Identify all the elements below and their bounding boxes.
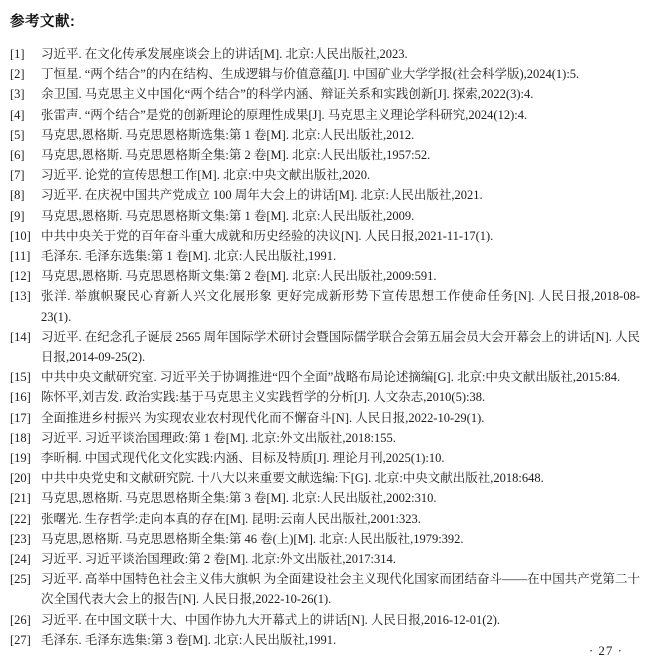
reference-number: [15]	[10, 367, 41, 387]
reference-text: 马克思,恩格斯. 马克思恩格斯选集:第 1 卷[M]. 北京:人民出版社,201…	[41, 125, 640, 145]
reference-text: 马克思,恩格斯. 马克思恩格斯文集:第 1 卷[M]. 北京:人民出版社,200…	[41, 206, 640, 226]
reference-text: 习近平. 论党的宣传思想工作[M]. 北京:中央文献出版社,2020.	[41, 165, 640, 185]
reference-number: [22]	[10, 509, 41, 529]
reference-number: [14]	[10, 327, 41, 347]
reference-text: 习近平. 习近平谈治国理政:第 2 卷[M]. 北京:外文出版社,2017:31…	[41, 549, 640, 569]
reference-item: [26] 习近平. 在中国文联十大、中国作协九大开幕式上的讲话[N]. 人民日报…	[10, 610, 640, 630]
reference-text: 丁恒星. “两个结合”的内在结构、生成逻辑与价值意蕴[J]. 中国矿业大学学报(…	[41, 64, 640, 84]
reference-list: [1] 习近平. 在文化传承发展座谈会上的讲话[M]. 北京:人民出版社,202…	[10, 44, 640, 650]
reference-text: 习近平. 习近平谈治国理政:第 1 卷[M]. 北京:外文出版社,2018:15…	[41, 428, 640, 448]
reference-item: [22] 张曙光. 生存哲学:走向本真的存在[M]. 昆明:云南人民出版社,20…	[10, 509, 640, 529]
reference-item: [6] 马克思,恩格斯. 马克思恩格斯全集:第 2 卷[M]. 北京:人民出版社…	[10, 145, 640, 165]
reference-text: 中共中央文献研究室. 习近平关于协调推进“四个全面”战略布局论述摘编[G]. 北…	[41, 367, 640, 387]
reference-number: [17]	[10, 408, 41, 428]
reference-item: [7] 习近平. 论党的宣传思想工作[M]. 北京:中央文献出版社,2020.	[10, 165, 640, 185]
reference-number: [26]	[10, 610, 41, 630]
reference-item: [24] 习近平. 习近平谈治国理政:第 2 卷[M]. 北京:外文出版社,20…	[10, 549, 640, 569]
reference-number: [4]	[10, 105, 41, 125]
reference-text: 中共中央关于党的百年奋斗重大成就和历史经验的决议[N]. 人民日报,2021-1…	[41, 226, 640, 246]
reference-item: [25] 习近平. 高举中国特色社会主义伟大旗帜 为全面建设社会主义现代化国家而…	[10, 569, 640, 609]
reference-number: [13]	[10, 286, 41, 306]
reference-item: [17] 全面推进乡村振兴 为实现农业农村现代化而不懈奋斗[N]. 人民日报,2…	[10, 408, 640, 428]
reference-item: [9] 马克思,恩格斯. 马克思恩格斯文集:第 1 卷[M]. 北京:人民出版社…	[10, 206, 640, 226]
reference-item: [15] 中共中央文献研究室. 习近平关于协调推进“四个全面”战略布局论述摘编[…	[10, 367, 640, 387]
reference-number: [27]	[10, 630, 41, 650]
reference-number: [25]	[10, 569, 41, 589]
reference-text: 张雷声. “两个结合”是党的创新理论的原理性成果[J]. 马克思主义理论学科研究…	[41, 105, 640, 125]
reference-item: [20] 中共中央党史和文献研究院. 十八大以来重要文献选编:下[G]. 北京:…	[10, 468, 640, 488]
reference-number: [20]	[10, 468, 41, 488]
reference-text: 马克思,恩格斯. 马克思恩格斯文集:第 2 卷[M]. 北京:人民出版社,200…	[41, 266, 640, 286]
reference-text: 习近平. 在中国文联十大、中国作协九大开幕式上的讲话[N]. 人民日报,2016…	[41, 610, 640, 630]
reference-text: 习近平. 在庆祝中国共产党成立 100 周年大会上的讲话[M]. 北京:人民出版…	[41, 185, 640, 205]
reference-number: [3]	[10, 84, 41, 104]
reference-text: 习近平. 在文化传承发展座谈会上的讲话[M]. 北京:人民出版社,2023.	[41, 44, 640, 64]
reference-text: 中共中央党史和文献研究院. 十八大以来重要文献选编:下[G]. 北京:中央文献出…	[41, 468, 640, 488]
reference-item: [21] 马克思,恩格斯. 马克思恩格斯全集:第 3 卷[M]. 北京:人民出版…	[10, 488, 640, 508]
reference-text: 张洋. 举旗帜聚民心育新人兴文化展形象 更好完成新形势下宣传思想工作使命任务[N…	[41, 286, 640, 326]
reference-number: [5]	[10, 125, 41, 145]
reference-item: [1] 习近平. 在文化传承发展座谈会上的讲话[M]. 北京:人民出版社,202…	[10, 44, 640, 64]
reference-item: [4] 张雷声. “两个结合”是党的创新理论的原理性成果[J]. 马克思主义理论…	[10, 105, 640, 125]
reference-number: [12]	[10, 266, 41, 286]
reference-text: 全面推进乡村振兴 为实现农业农村现代化而不懈奋斗[N]. 人民日报,2022-1…	[41, 408, 640, 428]
reference-item: [19] 李昕桐. 中国式现代化文化实践:内涵、目标及特质[J]. 理论月刊,2…	[10, 448, 640, 468]
reference-item: [11] 毛泽东. 毛泽东选集:第 1 卷[M]. 北京:人民出版社,1991.	[10, 246, 640, 266]
reference-item: [13] 张洋. 举旗帜聚民心育新人兴文化展形象 更好完成新形势下宣传思想工作使…	[10, 286, 640, 326]
reference-number: [21]	[10, 488, 41, 508]
reference-text: 马克思,恩格斯. 马克思恩格斯全集:第 46 卷(上)[M]. 北京:人民出版社…	[41, 529, 640, 549]
reference-item: [2] 丁恒星. “两个结合”的内在结构、生成逻辑与价值意蕴[J]. 中国矿业大…	[10, 64, 640, 84]
reference-item: [18] 习近平. 习近平谈治国理政:第 1 卷[M]. 北京:外文出版社,20…	[10, 428, 640, 448]
reference-number: [1]	[10, 44, 41, 64]
reference-text: 毛泽东. 毛泽东选集:第 1 卷[M]. 北京:人民出版社,1991.	[41, 246, 640, 266]
reference-item: [12] 马克思,恩格斯. 马克思恩格斯文集:第 2 卷[M]. 北京:人民出版…	[10, 266, 640, 286]
reference-item: [16] 陈怀平,刘吉发. 政治实践:基于马克思主义实践哲学的分析[J]. 人文…	[10, 387, 640, 407]
reference-item: [5] 马克思,恩格斯. 马克思恩格斯选集:第 1 卷[M]. 北京:人民出版社…	[10, 125, 640, 145]
reference-number: [23]	[10, 529, 41, 549]
reference-number: [6]	[10, 145, 41, 165]
reference-text: 习近平. 在纪念孔子诞辰 2565 周年国际学术研讨会暨国际儒学联合会第五届会员…	[41, 327, 640, 367]
reference-item: [27] 毛泽东. 毛泽东选集:第 3 卷[M]. 北京:人民出版社,1991.	[10, 630, 640, 650]
reference-number: [10]	[10, 226, 41, 246]
reference-item: [23] 马克思,恩格斯. 马克思恩格斯全集:第 46 卷(上)[M]. 北京:…	[10, 529, 640, 549]
reference-number: [16]	[10, 387, 41, 407]
reference-number: [2]	[10, 64, 41, 84]
reference-item: [8] 习近平. 在庆祝中国共产党成立 100 周年大会上的讲话[M]. 北京:…	[10, 185, 640, 205]
reference-text: 李昕桐. 中国式现代化文化实践:内涵、目标及特质[J]. 理论月刊,2025(1…	[41, 448, 640, 468]
reference-text: 马克思,恩格斯. 马克思恩格斯全集:第 3 卷[M]. 北京:人民出版社,200…	[41, 488, 640, 508]
references-page: 参考文献: [1] 习近平. 在文化传承发展座谈会上的讲话[M]. 北京:人民出…	[0, 0, 649, 668]
reference-item: [10] 中共中央关于党的百年奋斗重大成就和历史经验的决议[N]. 人民日报,2…	[10, 226, 640, 246]
reference-text: 余卫国. 马克思主义中国化“两个结合”的科学内涵、辩证关系和实践创新[J]. 探…	[41, 84, 640, 104]
reference-number: [18]	[10, 428, 41, 448]
reference-number: [19]	[10, 448, 41, 468]
reference-text: 张曙光. 生存哲学:走向本真的存在[M]. 昆明:云南人民出版社,2001:32…	[41, 509, 640, 529]
reference-text: 马克思,恩格斯. 马克思恩格斯全集:第 2 卷[M]. 北京:人民出版社,195…	[41, 145, 640, 165]
reference-text: 陈怀平,刘吉发. 政治实践:基于马克思主义实践哲学的分析[J]. 人文杂志,20…	[41, 387, 640, 407]
reference-text: 毛泽东. 毛泽东选集:第 3 卷[M]. 北京:人民出版社,1991.	[41, 630, 640, 650]
reference-number: [11]	[10, 246, 41, 266]
reference-text: 习近平. 高举中国特色社会主义伟大旗帜 为全面建设社会主义现代化国家而团结奋斗—…	[41, 569, 640, 609]
page-number: · 27 ·	[589, 643, 623, 659]
references-heading: 参考文献:	[10, 10, 640, 31]
reference-number: [8]	[10, 185, 41, 205]
reference-number: [7]	[10, 165, 41, 185]
reference-number: [9]	[10, 206, 41, 226]
reference-item: [14] 习近平. 在纪念孔子诞辰 2565 周年国际学术研讨会暨国际儒学联合会…	[10, 327, 640, 367]
reference-number: [24]	[10, 549, 41, 569]
reference-item: [3] 余卫国. 马克思主义中国化“两个结合”的科学内涵、辩证关系和实践创新[J…	[10, 84, 640, 104]
